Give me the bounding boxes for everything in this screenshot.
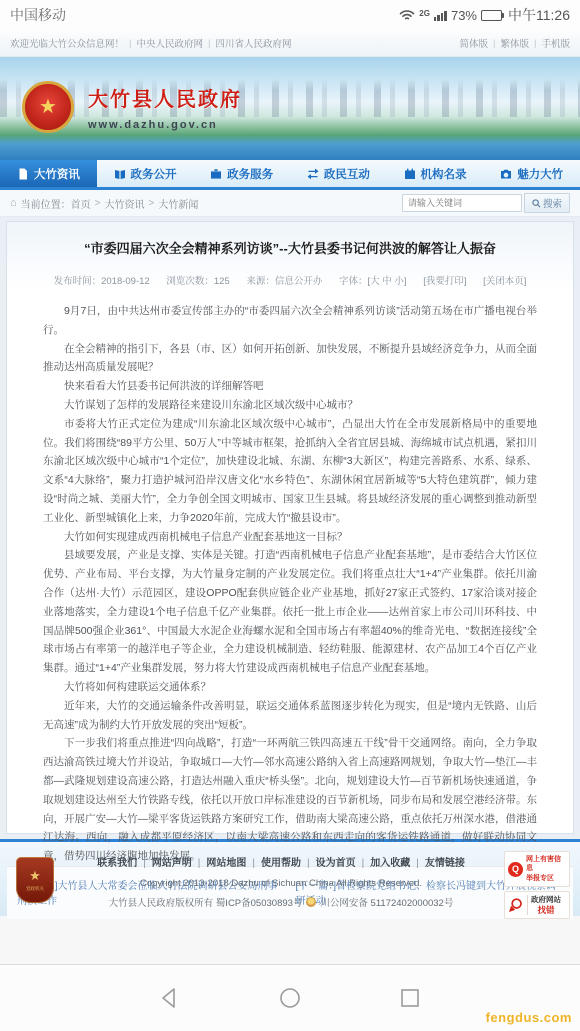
nav-item-gov-services[interactable]: 政务服务 [193, 160, 290, 187]
status-bar: 中国移动 2G 73% 中午11:26 [0, 0, 580, 30]
nav-item-label: 机构名录 [421, 166, 467, 182]
paragraph: 9月7日，由中共达州市委宣传部主办的“市委四届六次全会精神系列访谈”活动第五场在… [43, 302, 537, 340]
top-links-bar: 欢迎光临大竹公众信息网！ | 中央人民政府网 | 四川省人民政府网 简体版 | … [0, 30, 580, 57]
view-count: 浏览次数：125 [166, 276, 229, 287]
traditional-version-link[interactable]: 繁体版 [501, 36, 530, 50]
breadcrumb-bar: 当前位置： 首页 > 大竹资讯 > 大竹新闻 搜索 [0, 190, 580, 217]
separator: | [208, 38, 210, 49]
shield-star-icon: ★ [29, 869, 41, 882]
icp-number[interactable]: 大竹县人民政府版权所有 蜀ICP备05030893号 [109, 895, 303, 909]
site-statement-link[interactable]: 网站声明 [152, 858, 192, 869]
camera-icon [500, 168, 512, 180]
city-skyline-decoration [0, 79, 580, 117]
article-body: 9月7日，由中共达州市委宣传部主办的“市委四届六次全会精神系列访谈”活动第五场在… [7, 302, 573, 866]
find-error-magnifier-icon [508, 897, 524, 913]
report-badge-line2: 举报专区 [526, 874, 566, 883]
icp-line: 大竹县人民政府版权所有 蜀ICP备05030893号 川公网安备 5117240… [58, 895, 504, 909]
breadcrumb-home[interactable]: 首页 [71, 196, 91, 211]
nav-item-dazhu-news[interactable]: 大竹资讯 [0, 160, 97, 187]
separator: | [362, 858, 365, 869]
footer-badges: 网上有害信息 举报专区 政府网站 找错 [504, 851, 570, 908]
paragraph: 快来看看大竹县委书记何洪波的详细解答吧 [43, 377, 537, 396]
calendar-icon [404, 168, 416, 180]
nav-item-label: 大竹资讯 [34, 166, 80, 182]
article-title: “市委四届六次全会精神系列访谈”--大竹县委书记何洪波的解答让人振奋 [7, 238, 573, 257]
footer-center: 联系我们|网站声明|网站地图|使用帮助|设为首页|加入收藏|友情链接 Copyr… [58, 851, 504, 908]
set-homepage-link[interactable]: 设为首页 [316, 858, 356, 869]
home-button[interactable] [278, 986, 302, 1010]
nav-item-label: 政民互动 [324, 166, 370, 182]
find-error-badge-line1: 政府网站 [531, 895, 561, 904]
separator: | [493, 38, 495, 49]
search-button[interactable]: 搜索 [524, 193, 570, 213]
central-gov-link[interactable]: 中央人民政府网 [136, 36, 203, 50]
public-security-number[interactable]: 川公网安备 51172402000032号 [320, 895, 453, 909]
carrier-label: 中国移动 [10, 5, 66, 25]
breadcrumb-label: 当前位置： [21, 196, 71, 211]
search-button-label: 搜索 [543, 196, 562, 210]
paragraph: 大竹谋划了怎样的发展路径来建设川东渝北区域次级中心城市？ [43, 396, 537, 415]
copyright-text: Copyright 2013-2018 Dazhu of Sichuan Chi… [58, 878, 504, 889]
paragraph: 县域要发展，产业是支撑、实体是关键。打造“西南机械电子信息产业配套基地”，是市委… [43, 546, 537, 678]
signal-bars-icon [434, 10, 447, 21]
breadcrumb-dazhu-news-section[interactable]: 大竹资讯 [105, 196, 145, 211]
nav-item-label: 政务公开 [131, 166, 177, 182]
separator: | [198, 858, 201, 869]
sichuan-gov-link[interactable]: 四川省人民政府网 [215, 36, 291, 50]
add-favorite-link[interactable]: 加入收藏 [370, 858, 410, 869]
battery-icon [481, 10, 504, 21]
national-emblem-icon [22, 81, 74, 133]
separator: | [307, 858, 310, 869]
site-url: www.dazhu.gov.cn [88, 119, 242, 131]
paragraph: 在全会精神的指引下，各县（市、区）如何开拓创新、加快发展，不断提升县域经济竞争力… [43, 340, 537, 378]
back-button[interactable] [158, 986, 182, 1010]
mobile-version-link[interactable]: 手机版 [541, 36, 570, 50]
shield-label: 党政机关 [26, 885, 44, 891]
battery-percent-label: 73% [451, 8, 477, 23]
page-bottom-gap [0, 916, 580, 964]
paragraph: 大竹如何实现建成西南机械电子信息产业配套基地这一目标？ [43, 528, 537, 547]
clock-label: 中午11:26 [508, 5, 570, 25]
exchange-arrows-icon [307, 168, 319, 180]
watermark-text: fengdus.com [486, 1010, 572, 1025]
nav-item-label: 魅力大竹 [517, 166, 563, 182]
separator: | [143, 858, 146, 869]
help-link[interactable]: 使用帮助 [261, 858, 301, 869]
footer-links: 联系我们|网站声明|网站地图|使用帮助|设为首页|加入收藏|友情链接 [58, 854, 504, 869]
paragraph: 市委将大竹正式定位为建成“川东渝北区域次级中心城市”，凸显出大竹在全市发展新格局… [43, 415, 537, 528]
separator: | [416, 858, 419, 869]
separator: > [95, 198, 101, 209]
nav-item-org-directory[interactable]: 机构名录 [387, 160, 484, 187]
contact-us-link[interactable]: 联系我们 [97, 858, 137, 869]
welcome-text: 欢迎光临大竹公众信息网！ [10, 36, 124, 50]
publish-date: 发布时间：2018-09-12 [54, 276, 150, 287]
phone-screen: 中国移动 2G 73% 中午11:26 欢迎光临大竹公众信息网！ | 中央人民政… [0, 0, 580, 1031]
open-book-icon [114, 168, 126, 180]
main-content-area: “市委四届六次全会精神系列访谈”--大竹县委书记何洪波的解答让人振奋 发布时间：… [0, 217, 580, 916]
report-badge-line1: 网上有害信息 [526, 855, 566, 874]
article-meta: 发布时间：2018-09-12 浏览次数：125 来源：信息公开办 字体：[大 … [7, 273, 573, 287]
find-error-badge-line2: 找错 [531, 905, 561, 916]
home-icon [10, 197, 17, 209]
nav-item-charming-dazhu[interactable]: 魅力大竹 [483, 160, 580, 187]
harmful-info-report-badge[interactable]: 网上有害信息 举报专区 [504, 851, 570, 887]
friendly-links-link[interactable]: 友情链接 [425, 858, 465, 869]
search-input[interactable] [402, 194, 522, 212]
recents-button[interactable] [398, 986, 422, 1010]
breadcrumb-current[interactable]: 大竹新闻 [158, 196, 198, 211]
party-gov-shield-icon: ★ 党政机关 [16, 857, 54, 903]
header-banner: 大竹县人民政府 www.dazhu.gov.cn [0, 57, 580, 160]
document-icon [17, 168, 29, 180]
separator: | [129, 38, 131, 49]
page-footer: ★ 党政机关 联系我们|网站声明|网站地图|使用帮助|设为首页|加入收藏|友情链… [0, 839, 580, 916]
nav-item-public-interaction[interactable]: 政民互动 [290, 160, 387, 187]
report-center-logo-icon [508, 862, 523, 877]
article-card: “市委四届六次全会精神系列访谈”--大竹县委书记何洪波的解答让人振奋 发布时间：… [6, 221, 574, 834]
close-page-button[interactable]: [关闭本页] [483, 276, 526, 287]
wifi-icon [399, 9, 415, 21]
site-name: 大竹县人民政府 [88, 83, 242, 112]
site-error-report-badge[interactable]: 政府网站 找错 [504, 891, 570, 919]
paragraph: 近年来，大竹的交通运输条件改善明显，联运交通体系蓝图逐步转化为现实，但是“境内无… [43, 697, 537, 735]
search-icon [532, 199, 541, 208]
briefcase-icon [210, 168, 222, 180]
site-map-link[interactable]: 网站地图 [206, 858, 246, 869]
print-button[interactable]: [我要打印] [423, 276, 466, 287]
paragraph: 大竹将如何构建联运交通体系？ [43, 678, 537, 697]
main-nav: 大竹资讯 政务公开 政务服务 政民互动 机构名录 魅力大竹 [0, 160, 580, 190]
font-size-control[interactable]: 字体：[大 中 小] [339, 276, 407, 287]
network-type-badge: 2G [419, 9, 430, 18]
source-label: 来源：信息公开办 [246, 276, 322, 287]
simplified-version-link[interactable]: 简体版 [460, 36, 489, 50]
nav-item-gov-disclosure[interactable]: 政务公开 [97, 160, 194, 187]
paragraph: 下一步我们将重点推进“四向战略”，打造“一环两航三铁四高速五干线”骨干交通网络。… [43, 734, 537, 866]
separator: | [252, 858, 255, 869]
separator: > [149, 198, 155, 209]
separator: | [534, 38, 536, 49]
police-badge-icon [306, 897, 316, 907]
nav-item-label: 政务服务 [227, 166, 273, 182]
site-identity[interactable]: 大竹县人民政府 www.dazhu.gov.cn [88, 83, 242, 131]
